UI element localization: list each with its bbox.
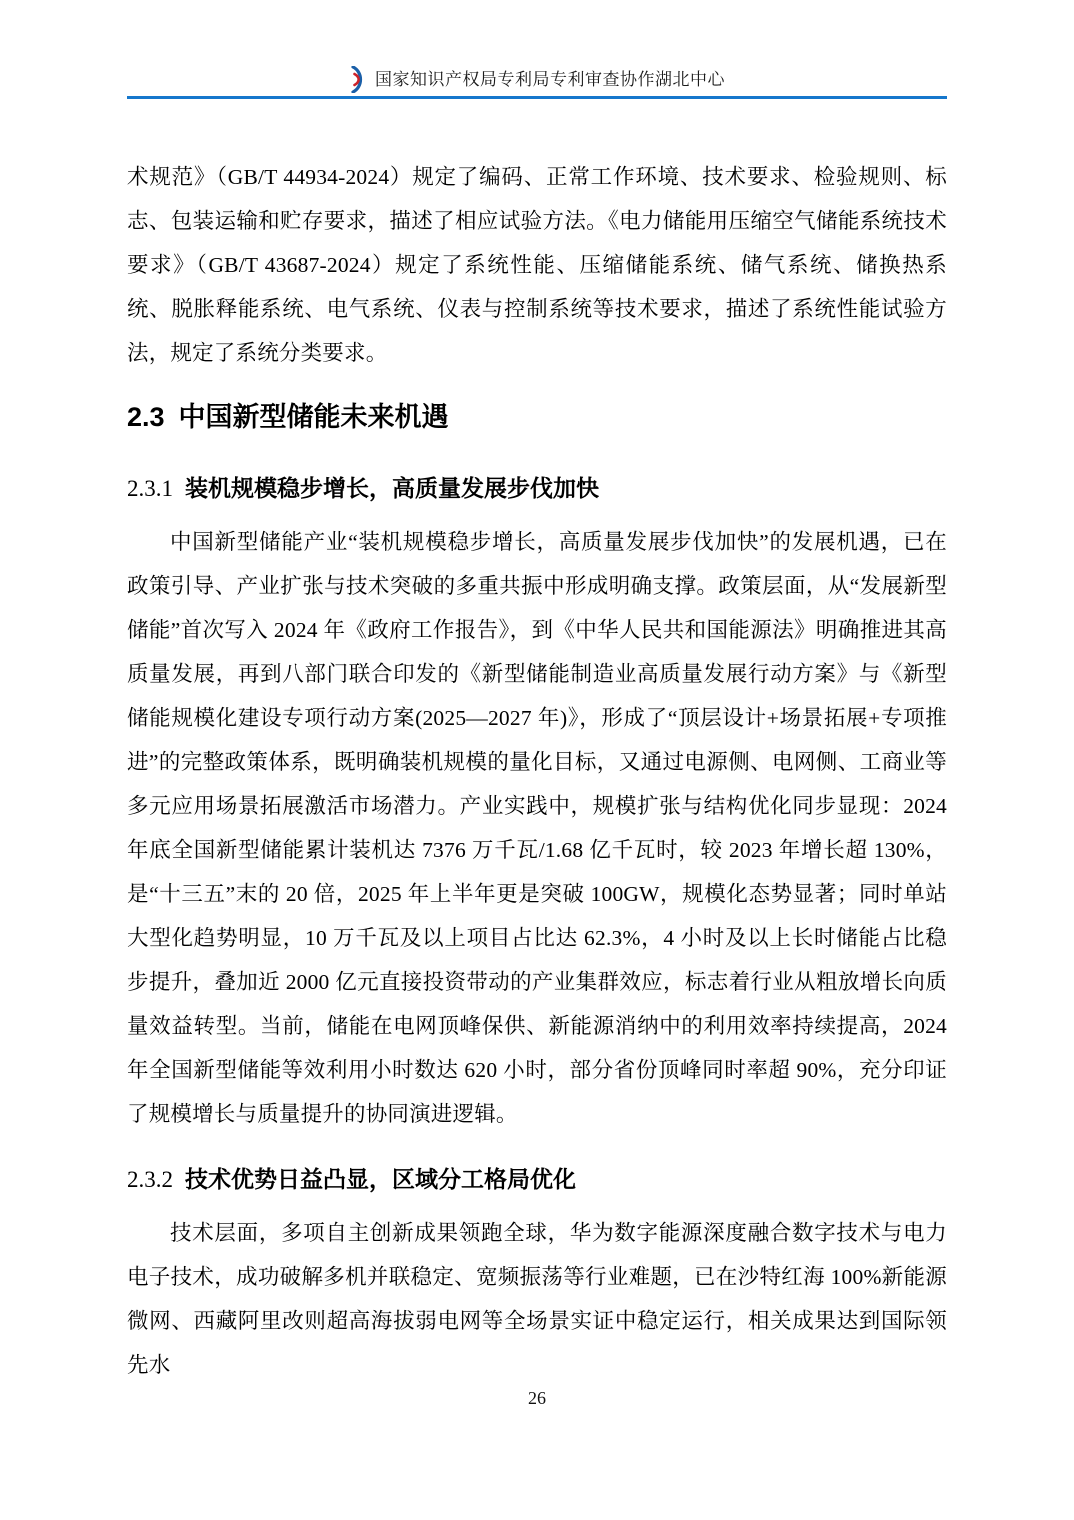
- subsection-heading-2-3-1: 2.3.1装机规模稳步增长，高质量发展步伐加快: [127, 471, 947, 506]
- subsection-heading-2-3-2: 2.3.2技术优势日益凸显，区域分工格局优化: [127, 1162, 947, 1197]
- subsection-2-title: 技术优势日益凸显，区域分工格局优化: [185, 1166, 576, 1192]
- paragraph-subsection-2-3-2: 技术层面，多项自主创新成果领跑全球，华为数字能源深度融合数字技术与电力电子技术，…: [127, 1211, 947, 1387]
- header-org-name: 国家知识产权局专利局专利审查协作湖北中心: [375, 67, 725, 93]
- paragraph-continued-standards: 术规范》（GB/T 44934-2024）规定了编码、正常工作环境、技术要求、检…: [127, 155, 947, 375]
- subsection-1-title: 装机规模稳步增长，高质量发展步伐加快: [185, 475, 599, 501]
- section-number: 2.3: [127, 402, 165, 432]
- section-title: 中国新型储能未来机遇: [179, 402, 449, 432]
- org-logo-icon: [349, 66, 366, 93]
- page-footer: 26: [0, 1386, 1074, 1410]
- document-page: 国家知识产权局专利局专利审查协作湖北中心 术规范》（GB/T 44934-202…: [0, 0, 1074, 1520]
- document-body: 术规范》（GB/T 44934-2024）规定了编码、正常工作环境、技术要求、检…: [127, 155, 947, 1387]
- section-heading-2-3: 2.3中国新型储能未来机遇: [127, 397, 947, 437]
- paragraph-subsection-2-3-1: 中国新型储能产业“装机规模稳步增长，高质量发展步伐加快”的发展机遇，已在政策引导…: [127, 520, 947, 1136]
- subsection-1-number: 2.3.1: [127, 476, 173, 501]
- page-number: 26: [528, 1388, 546, 1408]
- subsection-2-number: 2.3.2: [127, 1167, 173, 1192]
- page-header: 国家知识产权局专利局专利审查协作湖北中心: [127, 0, 947, 99]
